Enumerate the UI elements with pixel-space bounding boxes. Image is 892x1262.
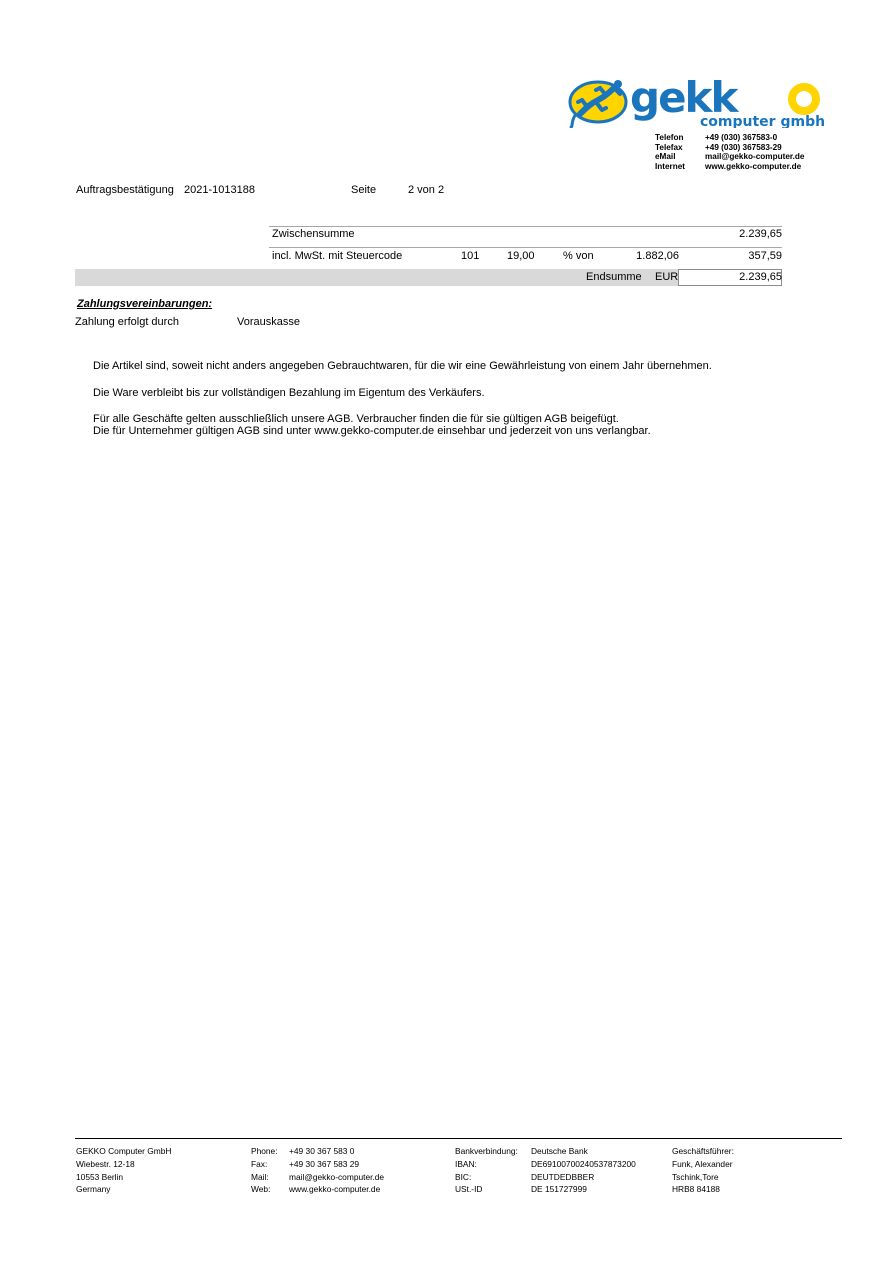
currency: EUR: [655, 271, 678, 283]
subtotal-value: 2.239,65: [739, 228, 782, 240]
company-logo: gekk computer gmbh: [568, 78, 828, 128]
table-divider: [269, 247, 782, 248]
footer-contact: Phone:+49 30 367 583 0 Fax:+49 30 367 58…: [251, 1145, 384, 1196]
vat-amount: 357,59: [748, 250, 782, 262]
vat-of-label: % von: [563, 250, 594, 262]
page-number: 2 von 2: [408, 184, 444, 196]
vat-code: 101: [461, 250, 479, 262]
table-divider: [269, 226, 782, 227]
contact-email: eMail mail@gekko-computer.de: [655, 152, 804, 162]
vat-base: 1.882,06: [636, 250, 679, 262]
payment-section-title: Zahlungsvereinbarungen:: [77, 298, 212, 310]
payment-label: Zahlung erfolgt durch: [75, 316, 179, 328]
footer-address: GEKKO Computer GmbH Wiebestr. 12-18 1055…: [76, 1145, 171, 1196]
warranty-note: Die Artikel sind, soweit nicht anders an…: [93, 360, 712, 372]
total-label: Endsumme: [586, 271, 642, 283]
payment-method: Vorauskasse: [237, 316, 300, 328]
ownership-note: Die Ware verbleibt bis zur vollständigen…: [93, 387, 485, 399]
footer-management: Geschäftsführer: Funk, Alexander Tschink…: [672, 1145, 734, 1196]
subtotal-label: Zwischensumme: [272, 228, 355, 240]
footer-divider: [75, 1138, 842, 1139]
contact-block: Telefon +49 (030) 367583-0 Telefax +49 (…: [655, 133, 804, 171]
agb-note-line1: Für alle Geschäfte gelten ausschließlich…: [93, 413, 619, 425]
footer-bank: Bankverbindung:Deutsche Bank IBAN:DE6910…: [455, 1145, 636, 1196]
svg-text:computer gmbh: computer gmbh: [700, 114, 825, 128]
agb-note-line2: Die für Unternehmer gültigen AGB sind un…: [93, 425, 651, 437]
contact-phone: Telefon +49 (030) 367583-0: [655, 133, 804, 143]
total-value: 2.239,65: [739, 271, 782, 283]
vat-rate: 19,00: [507, 250, 535, 262]
vat-label: incl. MwSt. mit Steuercode: [272, 250, 402, 262]
document-number: 2021-1013188: [184, 184, 255, 196]
gekko-lizard-icon: gekk computer gmbh: [568, 78, 828, 128]
contact-web: Internet www.gekko-computer.de: [655, 162, 804, 172]
document-type: Auftragsbestätigung: [76, 184, 174, 196]
page-label: Seite: [351, 184, 376, 196]
contact-fax: Telefax +49 (030) 367583-29: [655, 143, 804, 153]
